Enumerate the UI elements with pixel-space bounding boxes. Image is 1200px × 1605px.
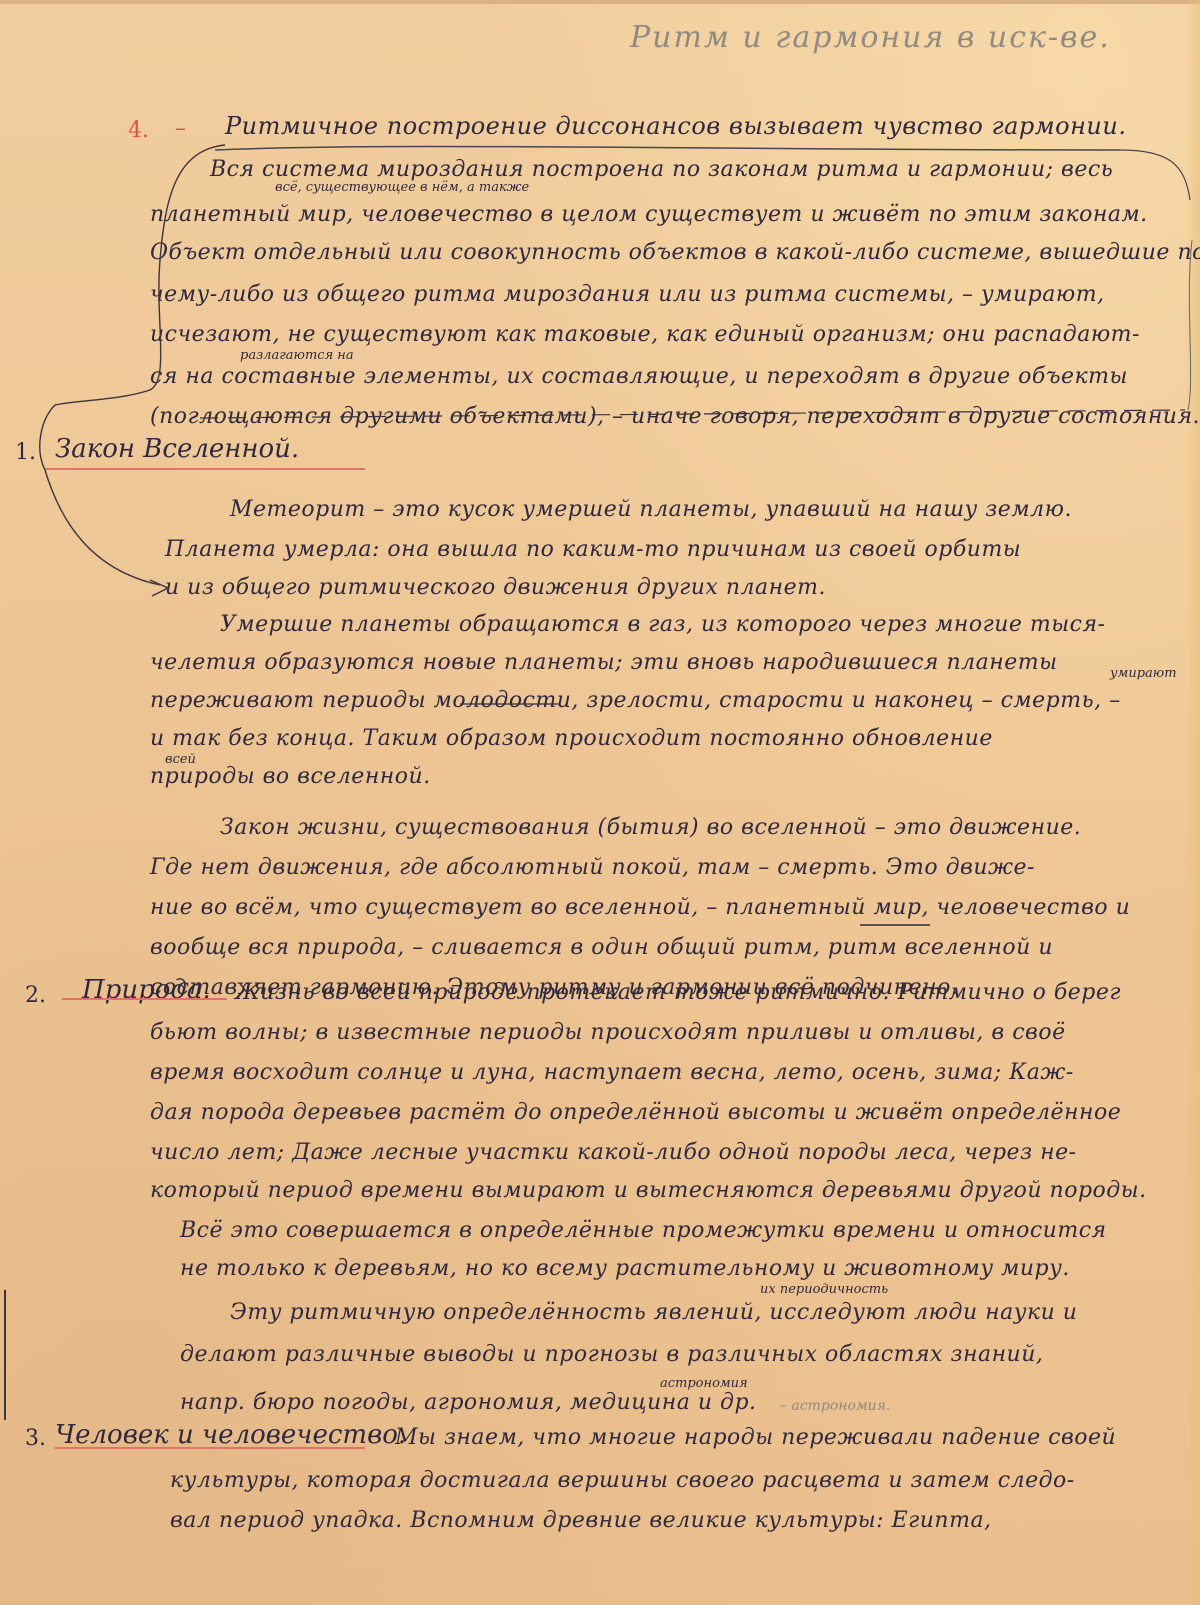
bracket-arrow-drawing [0, 0, 1200, 1605]
